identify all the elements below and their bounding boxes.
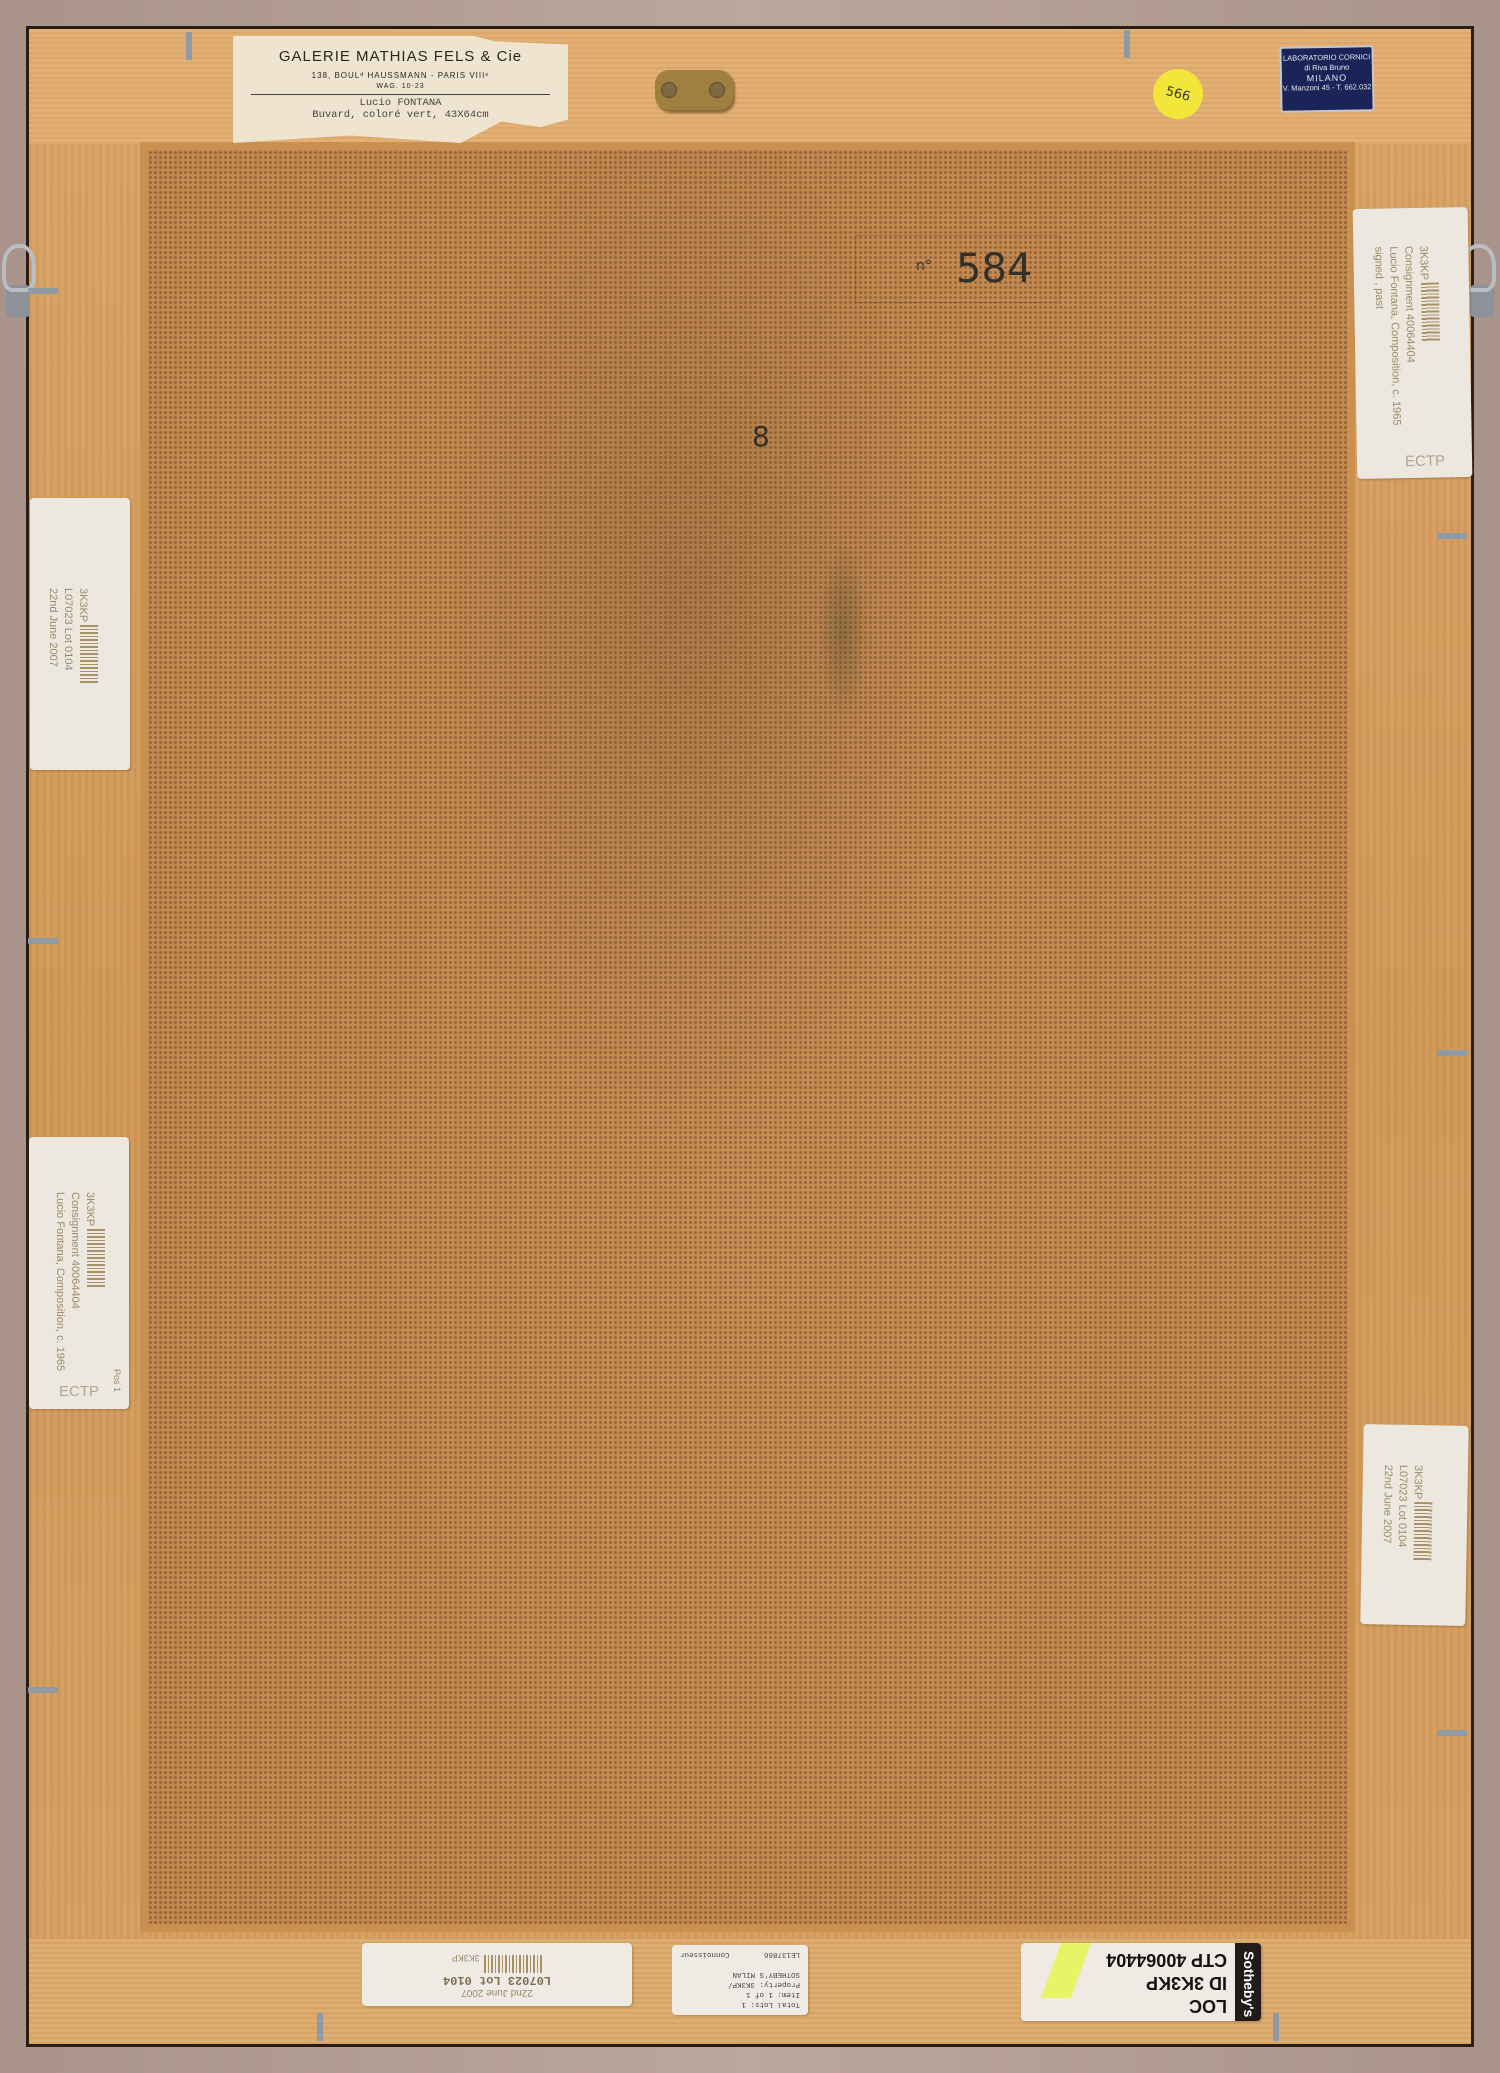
sothebys-id: ID 3K3KP <box>1106 1971 1227 1994</box>
lot-text: 3K3KP L07023 Lot 0104 22nd June 2007 <box>45 588 98 683</box>
consignment-number: Consignment 40064404 <box>67 1192 82 1371</box>
flex-point <box>1437 533 1467 539</box>
gallery-description: Buvard, coloré vert, 43X64cm <box>233 109 568 121</box>
framer-label: LABORATORIO CORNICI di Riva Bruno MILANO… <box>1279 45 1374 113</box>
lot-code: 3K3KP <box>452 1953 480 1963</box>
connoisseur-brand: Connoisseur <box>680 1949 730 1959</box>
lot-number: L07023 Lot 0104 <box>60 588 75 683</box>
inventory-number: 584 <box>956 246 1032 292</box>
consignment-footer: ECTP <box>59 1383 99 1400</box>
consignment-label-right: 3K3KP Consignment 40064404 Lucio Fontana… <box>1353 207 1473 479</box>
connoisseur-property: Property: 3K3KP/ <box>680 1979 800 1989</box>
highlighter-mark <box>1041 1943 1091 1998</box>
staple <box>1273 2013 1279 2041</box>
yellow-sticker-number: 566 <box>1164 84 1192 105</box>
sothebys-loc: LOC <box>1106 1994 1227 2017</box>
consignment-title: Lucio Fontana, Composition, c. 1965 <box>1385 246 1403 425</box>
consignment-text: 3K3KP Consignment 40064404 Lucio Fontana… <box>52 1192 105 1371</box>
consignment-footer: ECTP <box>1405 452 1445 470</box>
inventory-number-box: n° 584 <box>855 235 1060 303</box>
sothebys-brand: Sotheby's <box>1241 1951 1257 2017</box>
barcode-icon <box>1413 1502 1432 1560</box>
barcode-icon <box>87 1229 105 1287</box>
lot-label-left-top: 3K3KP L07023 Lot 0104 22nd June 2007 <box>30 498 130 770</box>
barcode-icon <box>1421 283 1440 341</box>
gallery-phone: WAG. 10-23 <box>233 83 568 90</box>
barcode-icon <box>80 625 98 683</box>
consignment-note: Pos 1 <box>109 1369 124 1392</box>
sothebys-lines: LOC ID 3K3KP CTP 40064404 <box>1106 1948 1227 2017</box>
brass-hanging-bracket-icon <box>655 70 733 110</box>
connoisseur-text: Total Lots: 1 Item: 1 of 1 Property: 3K3… <box>672 1945 808 2015</box>
connoisseur-ref: LE137866 <box>764 1949 800 1959</box>
lot-text: 22nd June 2007 L07023 Lot 0104 3K3KP <box>362 1943 632 2006</box>
consignment-title: Lucio Fontana, Composition, c. 1965 <box>52 1192 67 1371</box>
lot-date: 22nd June 2007 <box>1378 1464 1395 1559</box>
pencil-number-8: 8 <box>752 420 770 453</box>
flex-point <box>1437 1050 1467 1056</box>
consignment-text: 3K3KP Consignment 40064404 Lucio Fontana… <box>1370 246 1441 426</box>
sothebys-ctp: CTP 40064404 <box>1106 1948 1227 1971</box>
lot-date: 22nd June 2007 <box>362 1987 632 1998</box>
graphite-smudge <box>818 540 868 720</box>
lot-label-bottom: 22nd June 2007 L07023 Lot 0104 3K3KP <box>362 1943 632 2006</box>
d-ring-hanger-left-icon <box>2 244 36 292</box>
flex-point <box>28 1687 58 1693</box>
connoisseur-item: Item: 1 of 1 <box>680 1989 800 1999</box>
sothebys-text: Sotheby's LOC ID 3K3KP CTP 40064404 <box>1021 1943 1261 2021</box>
barcode-icon <box>484 1955 542 1973</box>
consignment-code: 3K3KP <box>84 1192 96 1226</box>
sothebys-brand-bar: Sotheby's <box>1235 1943 1261 2021</box>
lot-label-right-bottom: 3K3KP L07023 Lot 0104 22nd June 2007 <box>1360 1424 1468 1626</box>
lot-date: 22nd June 2007 <box>45 588 60 683</box>
flex-point <box>28 938 58 944</box>
lot-code: 3K3KP <box>1411 1465 1424 1499</box>
lot-text: 3K3KP L07023 Lot 0104 22nd June 2007 <box>1378 1464 1433 1560</box>
flex-point <box>28 288 58 294</box>
consignment-number: Consignment 40064404 <box>1400 246 1418 425</box>
flex-point <box>1437 1730 1467 1736</box>
connoisseur-label: Total Lots: 1 Item: 1 of 1 Property: 3K3… <box>672 1945 808 2015</box>
lot-number: L07023 Lot 0104 <box>1393 1465 1410 1560</box>
gallery-divider <box>251 94 550 95</box>
gallery-address: 138, BOULᵈ HAUSSMANN - PARIS VIIIᵉ <box>233 71 568 80</box>
connoisseur-location: SOTHEBY'S MILAN <box>680 1969 800 1979</box>
consignment-code: 3K3KP <box>1417 246 1430 280</box>
lot-number: L07023 Lot 0104 <box>362 1973 632 1987</box>
gallery-artist: Lucio FONTANA <box>233 97 568 109</box>
connoisseur-total: Total Lots: 1 <box>680 1999 800 2009</box>
framer-address: V. Manzoni 45 - T. 662.032 <box>1282 82 1372 94</box>
staple <box>186 32 192 60</box>
sothebys-label: Sotheby's LOC ID 3K3KP CTP 40064404 <box>1021 1943 1261 2021</box>
consignment-note: signed , past <box>1370 246 1388 425</box>
staple <box>1124 30 1130 58</box>
staple <box>317 2013 323 2041</box>
gallery-name: GALERIE MATHIAS FELS & Cie <box>233 48 568 65</box>
consignment-label-left: 3K3KP Consignment 40064404 Lucio Fontana… <box>29 1137 129 1409</box>
inventory-prefix: n° <box>916 258 932 274</box>
lot-code: 3K3KP <box>77 588 89 622</box>
hardboard-backing <box>148 150 1347 1924</box>
